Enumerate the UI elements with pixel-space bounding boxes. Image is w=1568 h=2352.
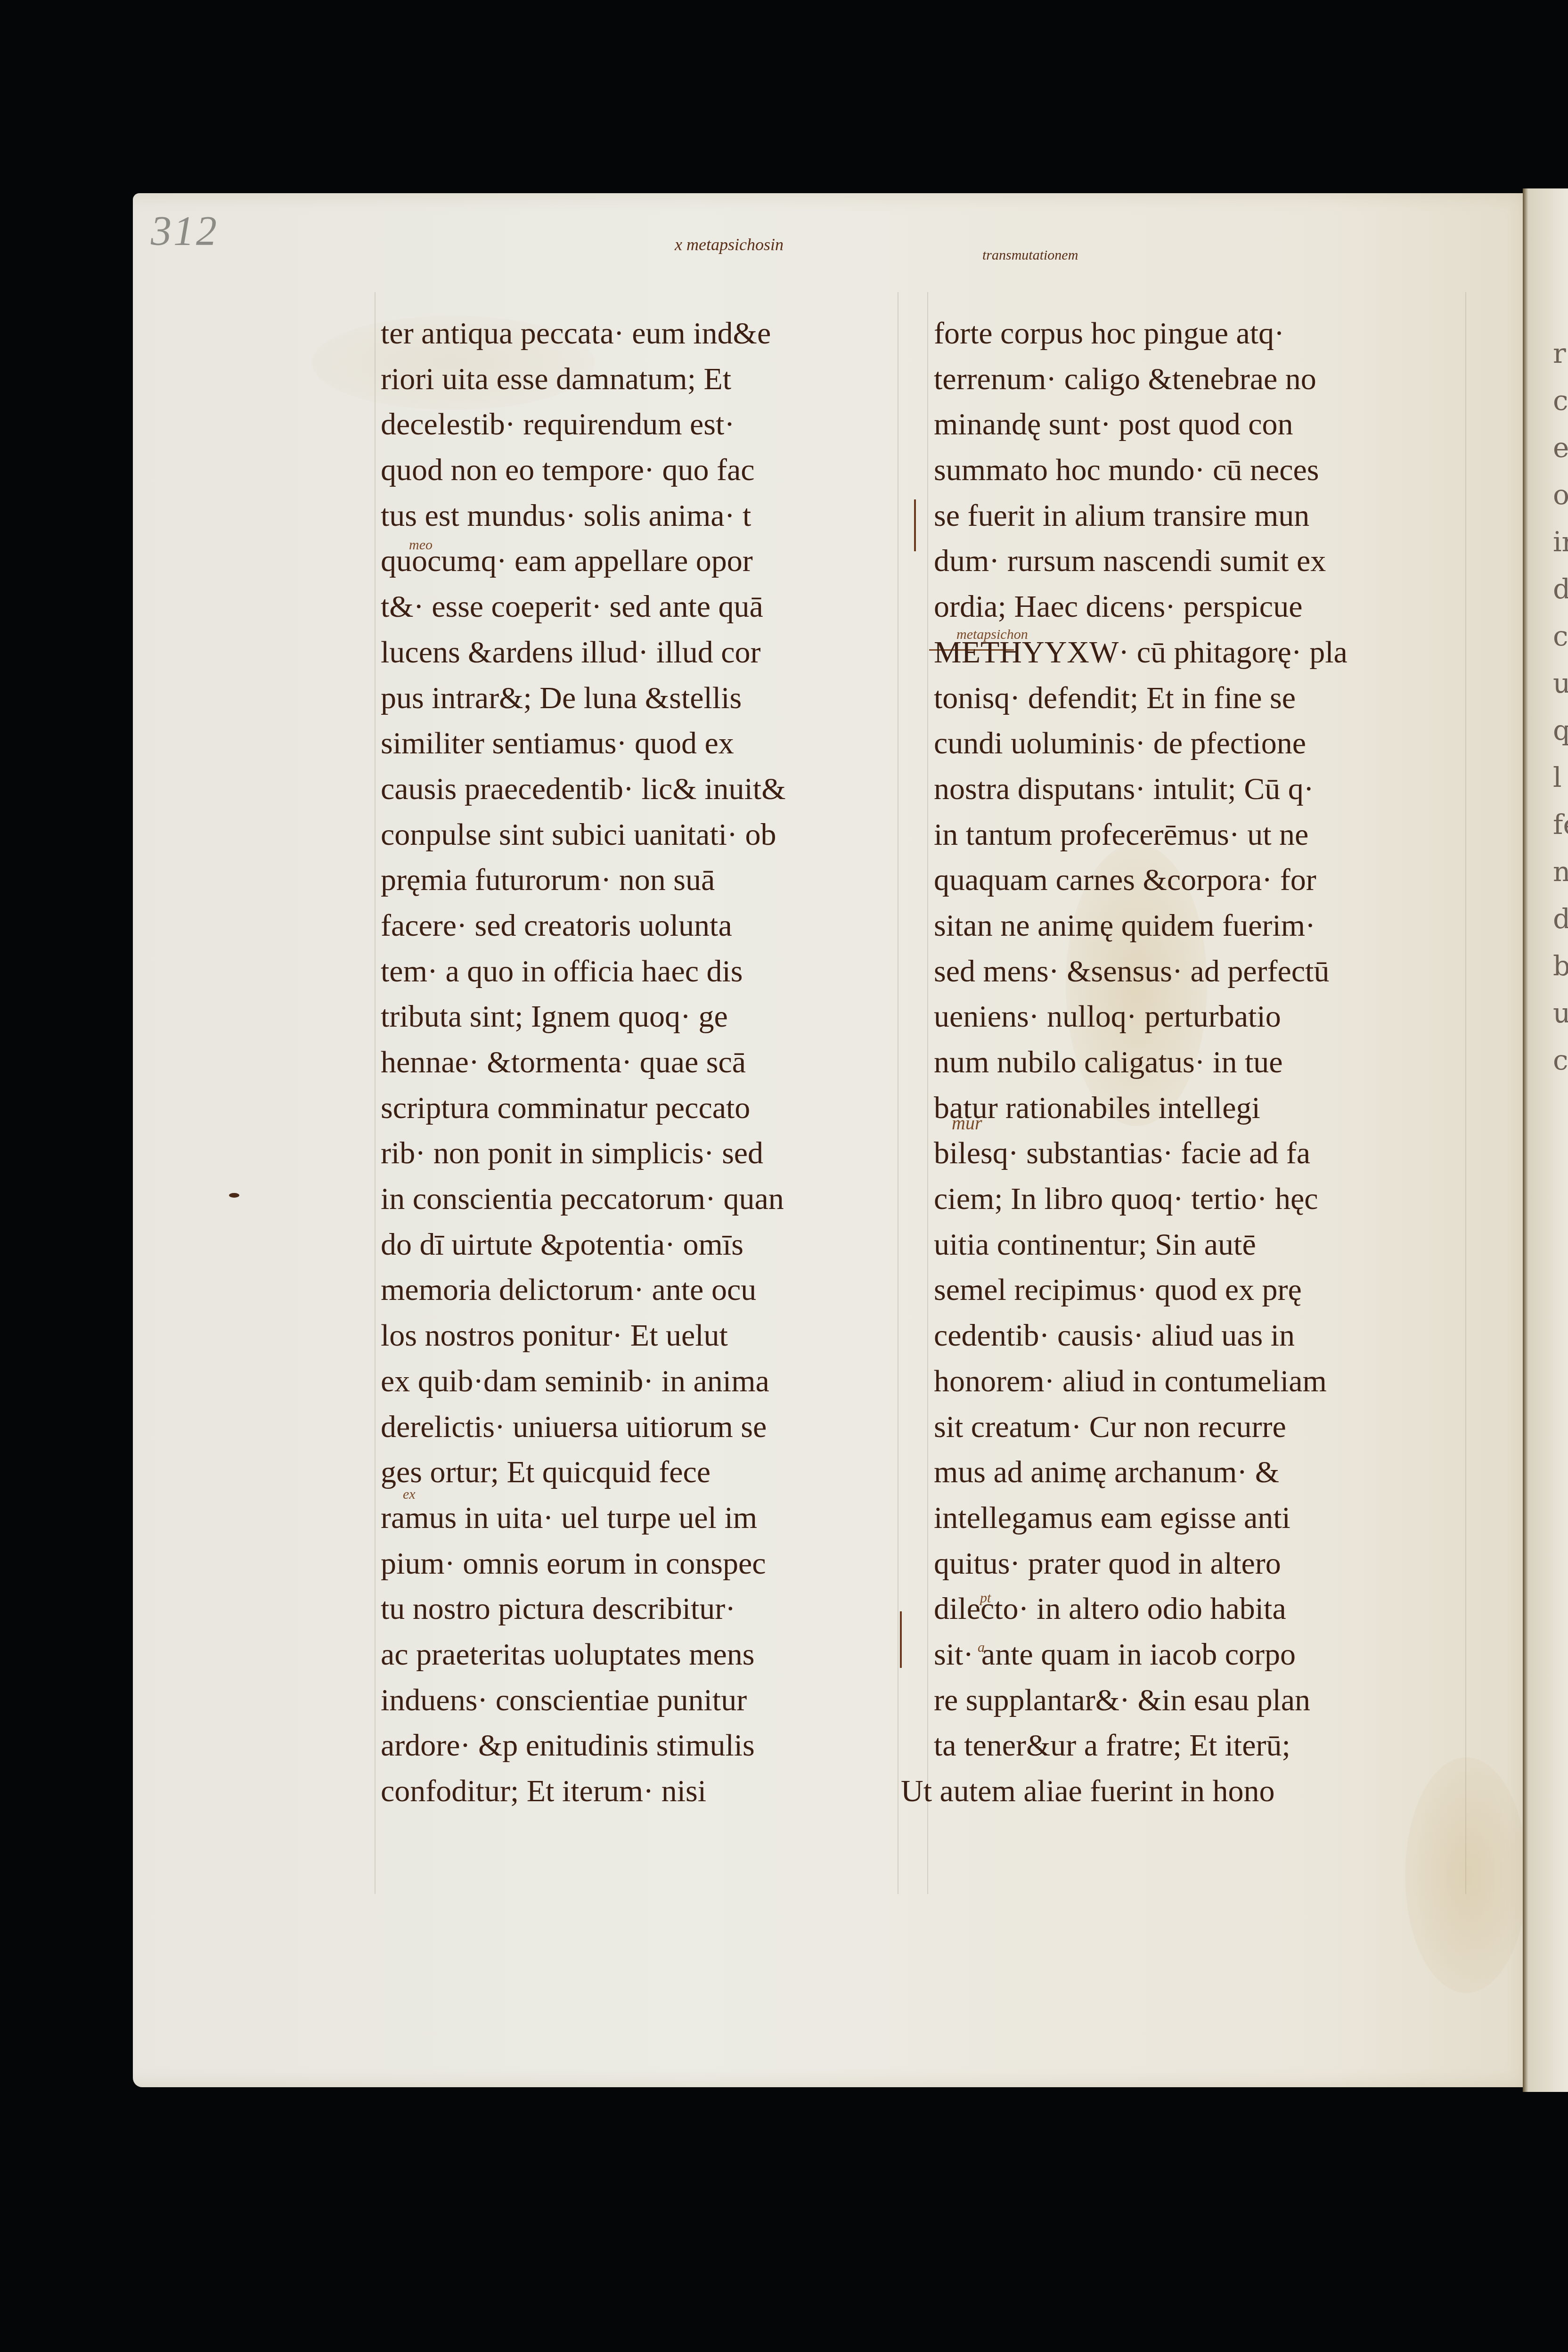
text-line: METHYYXW· cū phitagorę· pla [934,630,1462,676]
text-line: t&· esse coeperit· sed ante quā [381,584,899,630]
text-line: ciem; In libro quoq· tertio· hęc [934,1176,1462,1222]
text-line: pium· omnis eorum in conspec [381,1541,899,1587]
text-line: cundi uoluminis· de pfectione [934,721,1462,767]
text-line: memoria delictorum· ante ocu [381,1267,899,1313]
text-column-left: ter antiqua peccata· eum ind&e riori uit… [381,311,899,1814]
text-line: quitus· prater quod in altero [934,1541,1462,1587]
text-line: intellegamus eam egisse anti [934,1495,1462,1541]
text-line: mus ad animę archanum· & [934,1450,1462,1495]
text-line: quod non eo tempore· quo fac [381,448,899,493]
text-line: quaquam carnes &corpora· for [934,857,1462,903]
text-line: bilesq· substantias· facie ad fa [934,1131,1462,1176]
text-line: forte corpus hoc pingue atq· [934,311,1462,357]
text-line: sit creatum· Cur non recurre [934,1405,1462,1450]
text-column-right: forte corpus hoc pingue atq· terrenum· c… [934,311,1462,1814]
text-line: decelestib· requirendum est· [381,402,899,448]
text-line: re supplantar&· &in esau plan [934,1678,1462,1723]
ruling-line [927,292,928,1894]
text-line: sed mens· &sensus· ad perfectū [934,949,1462,995]
ruling-line [1465,292,1466,1894]
text-line: ramus in uita· uel turpe uel im [381,1495,899,1541]
text-line: ardore· &p enitudinis stimulis [381,1723,899,1769]
text-line: scriptura comminatur peccato [381,1086,899,1131]
text-line: facere· sed creatoris uolunta [381,903,899,949]
facing-page-text: r c e o ir d ce u q l fe n d b u c [1553,330,1568,1084]
margin-bracket-mark [914,499,916,551]
text-line: se fuerit in alium transire mun [934,493,1462,539]
ruling-line [375,292,376,1894]
margin-bracket-mark [900,1611,902,1668]
text-line: dilecto· in altero odio habita [934,1586,1462,1632]
ink-blot [229,1193,239,1198]
text-line: in tantum profecerēmus· ut ne [934,812,1462,858]
text-line: lucens &ardens illud· illud cor [381,630,899,676]
text-line: nostra disputans· intulit; Cū q· [934,767,1462,812]
text-line: rib· non ponit in simplicis· sed [381,1131,899,1176]
text-line: induens· conscientiae punitur [381,1678,899,1723]
text-line: riori uita esse damnatum; Et [381,357,899,402]
text-line: uitia continentur; Sin autē [934,1222,1462,1268]
folio-number: 312 [151,207,219,255]
text-line: tu nostro pictura describitur· [381,1586,899,1632]
text-line: pus intrar&; De luna &stellis [381,676,899,721]
header-note-left: x metapsichosin [675,235,784,254]
text-line: quocumq· eam appellare opor [381,539,899,584]
text-line: ter antiqua peccata· eum ind&e [381,311,899,357]
text-line: similiter sentiamus· quod ex [381,721,899,767]
text-line: confoditur; Et iterum· nisi [381,1769,899,1814]
text-line: Ut autem aliae fuerint in hono [901,1769,1462,1814]
text-line: num nubilo caligatus· in tue [934,1040,1462,1086]
text-line: derelictis· uniuersa uitiorum se [381,1405,899,1450]
text-line: conpulse sint subici uanitati· ob [381,812,899,858]
text-line: sitan ne animę quidem fuerim· [934,903,1462,949]
text-line: hennae· &tormenta· quae scā [381,1040,899,1086]
text-line: honorem· aliud in contumeliam [934,1359,1462,1405]
text-line: tributa sint; Ignem quoq· ge [381,994,899,1040]
text-line: cedentib· causis· aliud uas in [934,1313,1462,1359]
text-line: tem· a quo in officia haec dis [381,949,899,995]
text-line: ex quib·dam seminib· in anima [381,1359,899,1405]
text-line: ueniens· nulloq· perturbatio [934,994,1462,1040]
text-line: los nostros ponitur· Et uelut [381,1313,899,1359]
text-line: tonisq· defendit; Et in fine se [934,676,1462,721]
text-line: causis praecedentib· lic& inuit& [381,767,899,812]
text-line: tus est mundus· solis anima· t [381,493,899,539]
text-line: ges ortur; Et quicquid fece [381,1450,899,1495]
text-line: pręmia futurorum· non suā [381,857,899,903]
text-line: dum· rursum nascendi sumit ex [934,539,1462,584]
text-line: ac praeteritas uoluptates mens [381,1632,899,1678]
header-note-right: transmutationem [982,247,1078,263]
text-line: ta tener&ur a fratre; Et iterū; [934,1723,1462,1769]
text-line: in conscientia peccatorum· quan [381,1176,899,1222]
text-line: semel recipimus· quod ex prę [934,1267,1462,1313]
text-line: sit· ante quam in iacob corpo [934,1632,1462,1678]
text-line: minandę sunt· post quod con [934,402,1462,448]
text-line: terrenum· caligo &tenebrae no [934,357,1462,402]
text-line: ordia; Haec dicens· perspicue [934,584,1462,630]
text-line: summato hoc mundo· cū neces [934,448,1462,493]
text-line: do dī uirtute &potentia· omīs [381,1222,899,1268]
text-line: batur rationabiles intellegi [934,1086,1462,1131]
